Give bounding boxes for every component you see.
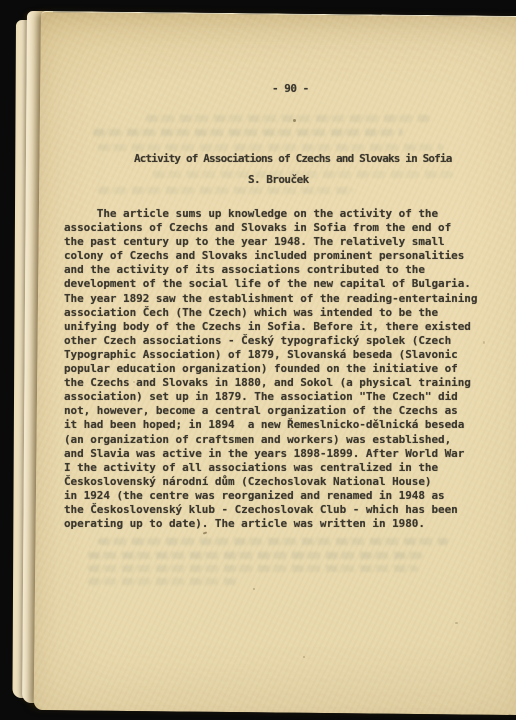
- text-line: Československý národní dům (Czechoslovak…: [64, 475, 477, 489]
- text-line: unifying body of the Czechs in Sofia. Be…: [64, 320, 477, 334]
- show-through-text: [93, 129, 403, 136]
- show-through-text: [98, 538, 448, 545]
- show-through-text: [88, 578, 238, 585]
- document-page: - 90 - Activity of Associations of Czech…: [34, 11, 516, 715]
- paper-speck: [253, 588, 255, 590]
- text-line: (an organization of craftsmen and worker…: [64, 432, 477, 446]
- article-abstract: The article sums up knowledge on the act…: [64, 207, 477, 531]
- text-line: other Czech associations - Český typogra…: [64, 334, 477, 348]
- text-line: The article sums up knowledge on the act…: [64, 207, 477, 221]
- text-line: operating up to date). The article was w…: [64, 517, 477, 531]
- text-line: associations of Czechs and Slovaks in So…: [64, 221, 477, 235]
- text-line: not, however, become a central organizat…: [64, 404, 477, 418]
- text-line: association) set up in 1879. The associa…: [64, 390, 477, 404]
- text-line: it had been hoped; in 1894 a new Řemesln…: [64, 418, 477, 432]
- text-line: in 1924 (the centre was reorganized and …: [64, 489, 477, 503]
- text-line: development of the social life of the ne…: [64, 277, 477, 291]
- text-line: and Slavia was active in the years 1898-…: [64, 447, 477, 461]
- page-number: - 90 -: [272, 82, 309, 96]
- scanned-book-photo: - 90 - Activity of Associations of Czech…: [0, 0, 516, 720]
- show-through-text: [146, 115, 430, 122]
- show-through-text: [98, 144, 443, 151]
- paper-speck: [455, 622, 458, 624]
- paper-speck: [203, 531, 207, 534]
- text-line: colony of Czechs and Slovaks included pr…: [64, 249, 477, 263]
- text-line: Typographic Association) of 1879, Slovan…: [64, 348, 477, 362]
- article-author: S. Brouček: [248, 173, 309, 187]
- paper-speck: [293, 119, 296, 122]
- text-line: The year 1892 saw the establishment of t…: [64, 292, 477, 306]
- text-line: popular education organization) founded …: [64, 362, 477, 376]
- text-line: the past century up to the year 1948. Th…: [64, 235, 477, 249]
- show-through-text: [88, 565, 418, 572]
- text-line: the Czechs and Slovaks in 1880, and Soko…: [64, 376, 477, 390]
- page-content: - 90 - Activity of Associations of Czech…: [41, 12, 516, 710]
- text-line: I the activity of all associations was c…: [64, 461, 477, 475]
- show-through-text: [88, 552, 423, 559]
- text-line: association Čech (The Czech) which was i…: [64, 306, 477, 320]
- paper-speck: [483, 341, 485, 344]
- text-line: the Československý klub - Czechoslovak C…: [64, 503, 477, 517]
- article-title: Activity of Associations of Czechs and S…: [134, 152, 452, 166]
- show-through-text: [98, 187, 353, 194]
- text-line: and the activity of its associations con…: [64, 263, 477, 277]
- paper-speck: [303, 656, 305, 658]
